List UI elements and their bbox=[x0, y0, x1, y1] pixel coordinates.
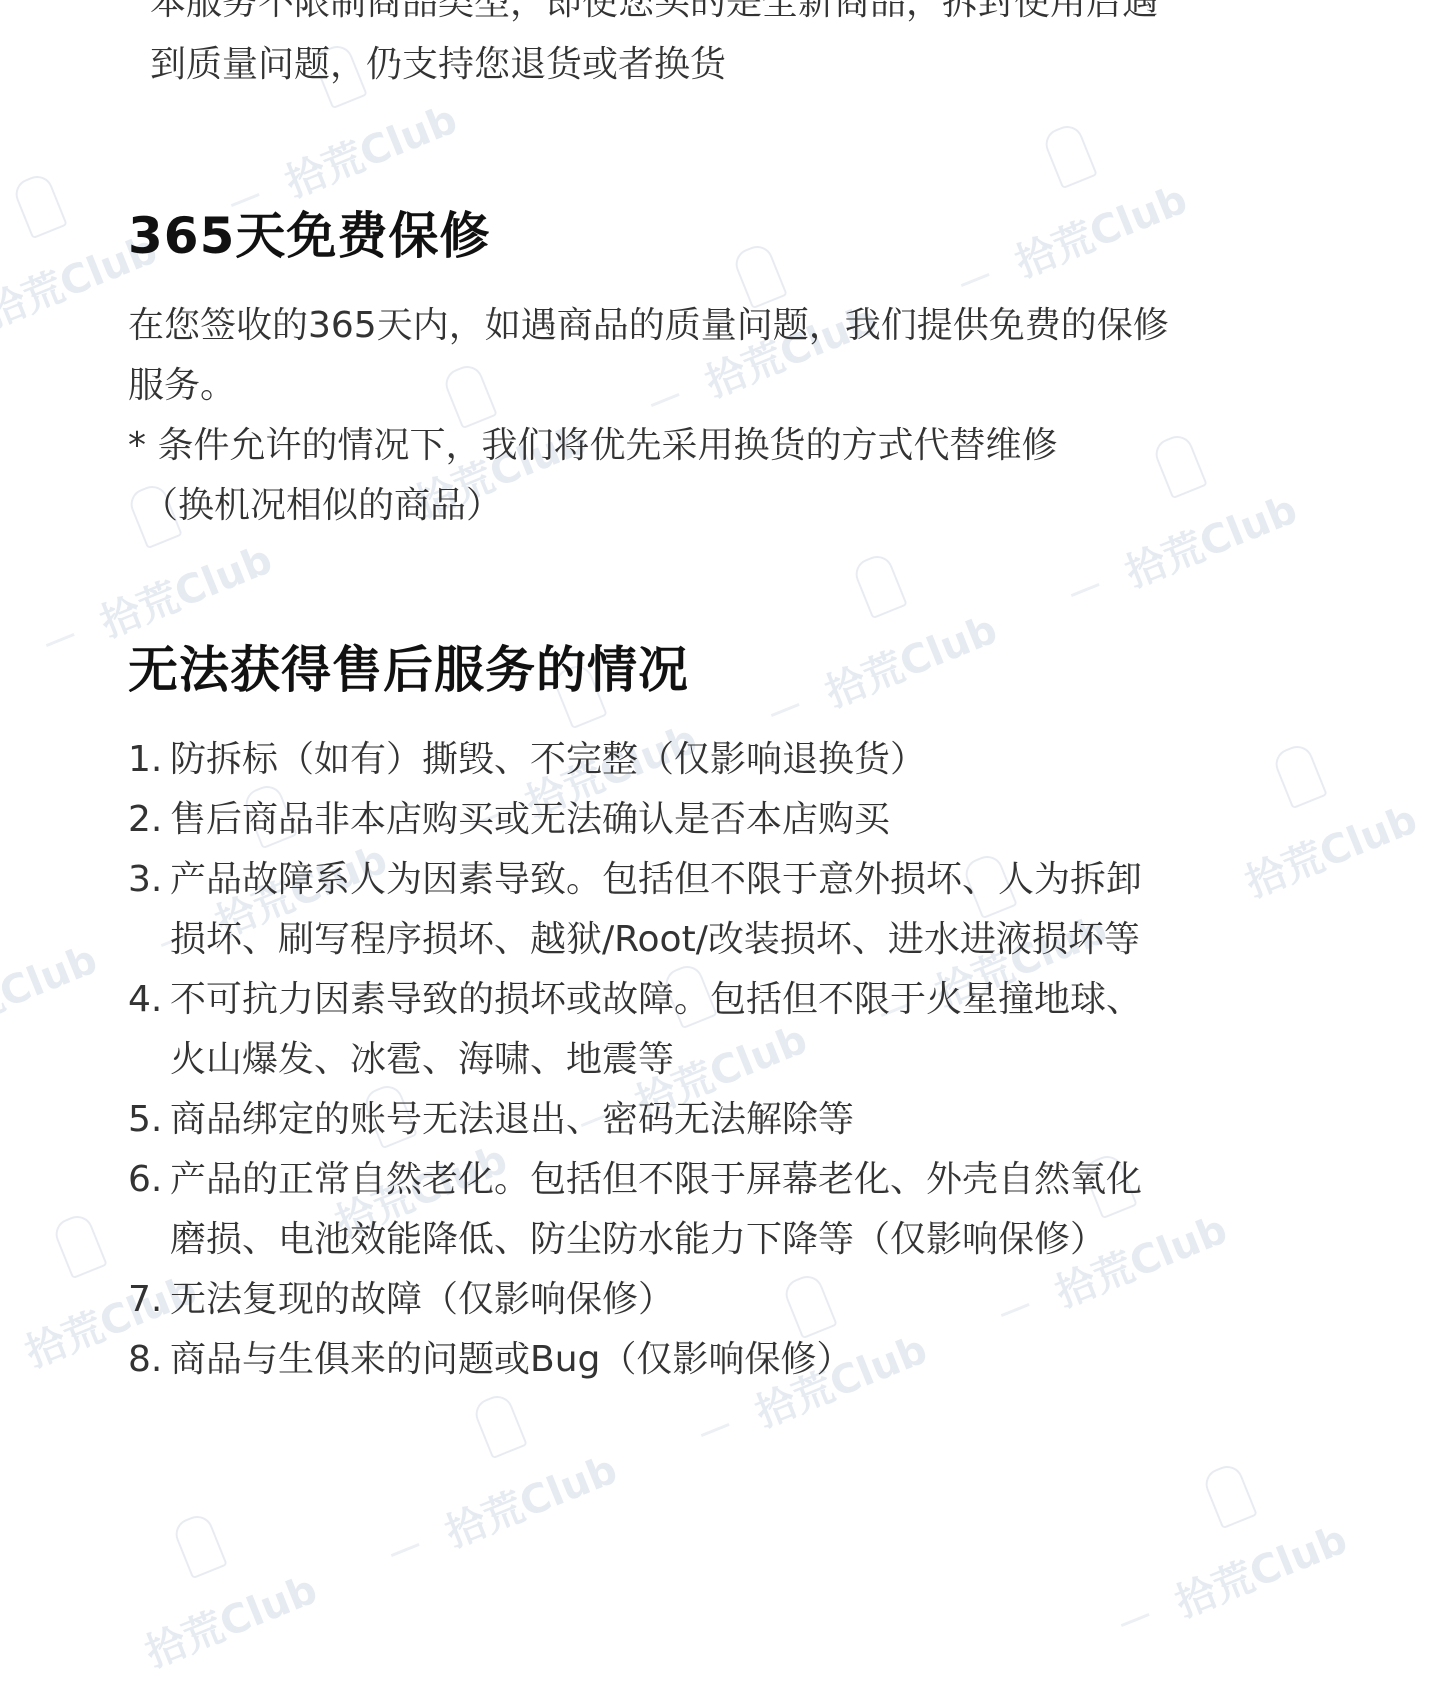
list-text: 产品的正常自然老化。包括但不限于屏幕老化、外壳自然氧化磨损、电池效能降低、防尘防… bbox=[170, 1150, 1288, 1270]
list-item: 8. 商品与生俱来的问题或Bug（仅影响保修） bbox=[128, 1330, 1288, 1390]
list-text: 商品与生俱来的问题或Bug（仅影响保修） bbox=[170, 1330, 1288, 1390]
robot-icon bbox=[851, 551, 908, 619]
robot-icon bbox=[51, 1211, 108, 1279]
list-item: 3. 产品故障系人为因素导致。包括但不限于意外损坏、人为拆卸损坏、刷写程序损坏、… bbox=[128, 850, 1288, 970]
list-number: 6. bbox=[128, 1150, 170, 1270]
watermark: 拾荒Club bbox=[436, 1438, 624, 1558]
robot-icon bbox=[1201, 1461, 1258, 1529]
list-item: 1. 防拆标（如有）撕毁、不完整（仅影响退换货） bbox=[128, 730, 1288, 790]
warranty-section: 365天免费保修 在您签收的365天内，如遇商品的质量问题，我们提供免费的保修 … bbox=[128, 196, 1288, 536]
intro-line: 本服务不限制商品类型，即使您买的是全新商品，拆封使用后遇 bbox=[150, 0, 1300, 34]
robot-icon bbox=[1041, 121, 1098, 189]
watermark: 拾荒Club bbox=[136, 1558, 324, 1678]
list-number: 7. bbox=[128, 1270, 170, 1330]
list-text: 防拆标（如有）撕毁、不完整（仅影响退换货） bbox=[170, 730, 1288, 790]
exclusions-title: 无法获得售后服务的情况 bbox=[128, 630, 1288, 702]
list-number: 2. bbox=[128, 790, 170, 850]
warranty-paragraph: 在您签收的365天内，如遇商品的质量问题，我们提供免费的保修 服务。 bbox=[128, 296, 1288, 416]
list-item: 4. 不可抗力因素导致的损坏或故障。包括但不限于火星撞地球、火山爆发、冰雹、海啸… bbox=[128, 970, 1288, 1090]
intro-line: 到质量问题，仍支持您退货或者换货 bbox=[150, 34, 1300, 96]
warranty-paragraph-line: 在您签收的365天内，如遇商品的质量问题，我们提供免费的保修 bbox=[128, 296, 1288, 356]
exclusions-list: 1. 防拆标（如有）撕毁、不完整（仅影响退换货） 2. 售后商品非本店购买或无法… bbox=[128, 730, 1288, 1390]
watermark: 拾荒Club bbox=[0, 928, 104, 1048]
list-number: 3. bbox=[128, 850, 170, 970]
list-text: 无法复现的故障（仅影响保修） bbox=[170, 1270, 1288, 1330]
list-item: 5. 商品绑定的账号无法退出、密码无法解除等 bbox=[128, 1090, 1288, 1150]
robot-icon bbox=[471, 1391, 528, 1459]
watermark: 拾荒Club bbox=[1166, 1508, 1354, 1628]
list-number: 5. bbox=[128, 1090, 170, 1150]
list-item: 7. 无法复现的故障（仅影响保修） bbox=[128, 1270, 1288, 1330]
list-text: 售后商品非本店购买或无法确认是否本店购买 bbox=[170, 790, 1288, 850]
list-item: 2. 售后商品非本店购买或无法确认是否本店购买 bbox=[128, 790, 1288, 850]
watermark: 拾荒Club bbox=[276, 88, 464, 208]
warranty-title: 365天免费保修 bbox=[128, 196, 1288, 268]
robot-icon bbox=[11, 171, 68, 239]
warranty-paragraph-line: 服务。 bbox=[128, 356, 1288, 416]
exclusions-section: 无法获得售后服务的情况 1. 防拆标（如有）撕毁、不完整（仅影响退换货） 2. … bbox=[128, 630, 1288, 1390]
list-number: 1. bbox=[128, 730, 170, 790]
robot-icon bbox=[171, 1511, 228, 1579]
list-number: 4. bbox=[128, 970, 170, 1090]
list-number: 8. bbox=[128, 1330, 170, 1390]
warranty-note: * 条件允许的情况下，我们将优先采用换货的方式代替维修 （换机况相似的商品） bbox=[128, 416, 1288, 536]
intro-paragraph: 本服务不限制商品类型，即使您买的是全新商品，拆封使用后遇 到质量问题，仍支持您退… bbox=[150, 0, 1300, 96]
list-text: 产品故障系人为因素导致。包括但不限于意外损坏、人为拆卸损坏、刷写程序损坏、越狱/… bbox=[170, 850, 1288, 970]
list-item: 6. 产品的正常自然老化。包括但不限于屏幕老化、外壳自然氧化磨损、电池效能降低、… bbox=[128, 1150, 1288, 1270]
warranty-note-line: （换机况相似的商品） bbox=[128, 476, 1288, 536]
list-text: 不可抗力因素导致的损坏或故障。包括但不限于火星撞地球、火山爆发、冰雹、海啸、地震… bbox=[170, 970, 1288, 1090]
warranty-note-line: * 条件允许的情况下，我们将优先采用换货的方式代替维修 bbox=[128, 416, 1288, 476]
list-text: 商品绑定的账号无法退出、密码无法解除等 bbox=[170, 1090, 1288, 1150]
